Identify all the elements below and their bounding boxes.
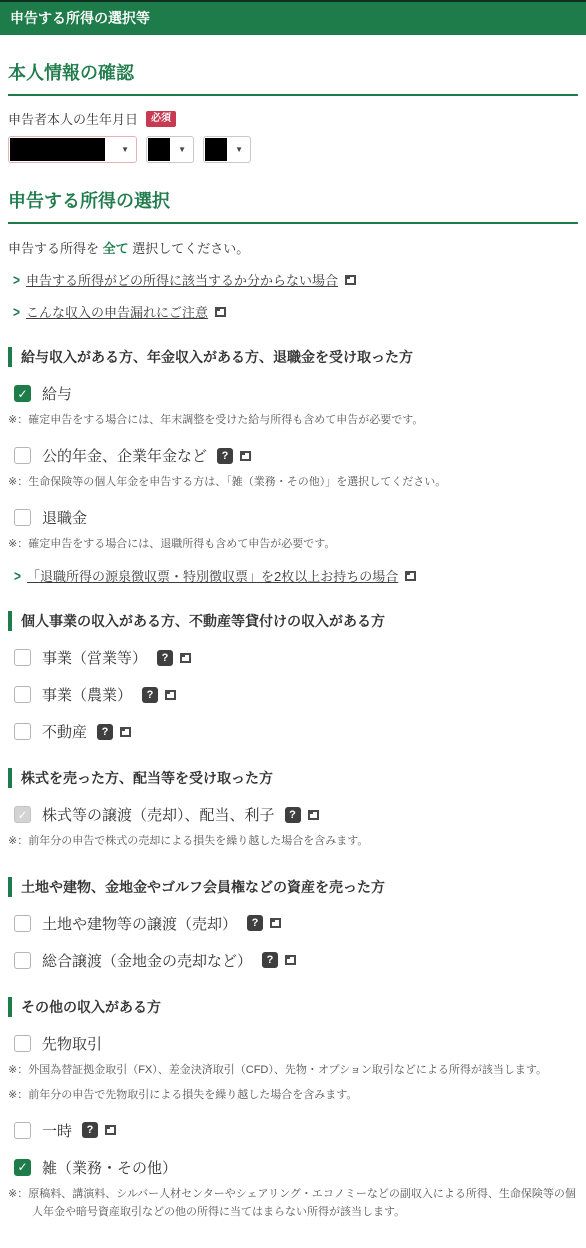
link-row: > こんな収入の申告漏れにご注意 — [13, 302, 578, 321]
green-bar — [8, 997, 12, 1017]
external-link-icon — [215, 307, 226, 317]
note-text: ※：生命保険等の個人年金を申告する方は、「雑（業務・その他）」を選択してください… — [8, 473, 578, 491]
help-icon[interactable]: ? — [262, 952, 278, 968]
checkbox-row: 土地や建物等の譲渡（売却）? — [14, 913, 578, 934]
checkbox-label: 事業（営業等） — [42, 647, 147, 668]
redacted-value — [205, 138, 227, 161]
green-bar — [8, 877, 12, 897]
intro-emphasis: 全て — [103, 241, 129, 256]
checkbox[interactable] — [14, 447, 31, 464]
checkbox[interactable] — [14, 723, 31, 740]
checkbox[interactable] — [14, 1035, 31, 1052]
help-icon[interactable]: ? — [285, 807, 301, 823]
income-group: 土地や建物、金地金やゴルフ会員権などの資産を売った方土地や建物等の譲渡（売却）?… — [0, 877, 586, 971]
intro-text: 申告する所得を 全て 選択してください。 — [8, 238, 578, 257]
intro-suffix: 選択してください。 — [132, 241, 249, 256]
checkbox-row: ✓雑（業務・その他） — [14, 1157, 578, 1178]
checkbox[interactable] — [14, 952, 31, 969]
chevron-right-icon: > — [14, 568, 21, 585]
chevron-right-icon: > — [13, 303, 20, 320]
checkbox[interactable] — [14, 686, 31, 703]
help-icon[interactable]: ? — [217, 448, 233, 464]
group-title: 株式を売った方、配当等を受け取った方 — [21, 768, 273, 788]
birth-era-year-select[interactable]: ▼ — [8, 136, 137, 163]
chevron-right-icon: > — [13, 271, 20, 288]
income-group: 給与収入がある方、年金収入がある方、退職金を受け取った方✓給与※：確定申告をする… — [0, 347, 586, 585]
checkbox-row: ✓給与 — [14, 383, 578, 404]
checkbox-row: 事業（営業等）? — [14, 647, 578, 668]
group-header: その他の収入がある方 — [8, 997, 578, 1017]
help-icon[interactable]: ? — [157, 650, 173, 666]
external-link-icon — [270, 918, 281, 928]
page-title: 申告する所得の選択等 — [10, 10, 150, 26]
checkbox[interactable] — [14, 1122, 31, 1139]
external-link-icon — [165, 690, 176, 700]
page-title-bar: 申告する所得の選択等 — [0, 0, 586, 35]
intro-prefix: 申告する所得を — [8, 241, 99, 256]
link-row: >「退職所得の源泉徴収票・特別徴収票」を2枚以上お持ちの場合 — [14, 566, 578, 585]
checkbox[interactable] — [14, 649, 31, 666]
note-text: ※：前年分の申告で先物取引による損失を繰り越した場合を含みます。 — [8, 1086, 578, 1104]
checkbox-row: 不動産? — [14, 721, 578, 742]
green-bar — [8, 768, 12, 788]
help-icon[interactable]: ? — [97, 724, 113, 740]
checkbox-label: 先物取引 — [42, 1033, 102, 1054]
checkbox[interactable]: ✓ — [14, 385, 31, 402]
external-link-icon — [180, 653, 191, 663]
checkbox-label: 退職金 — [42, 507, 87, 528]
income-groups: 給与収入がある方、年金収入がある方、退職金を受け取った方✓給与※：確定申告をする… — [0, 347, 586, 1221]
external-link-icon — [120, 727, 131, 737]
note-text: ※：前年分の申告で株式の売却による損失を繰り越した場合を含みます。 — [8, 832, 578, 850]
external-link-icon — [308, 810, 319, 820]
link-row: > 申告する所得がどの所得に該当するか分からない場合 — [13, 270, 578, 289]
redacted-value — [10, 138, 105, 161]
external-link-icon — [285, 955, 296, 965]
checkbox-row: 総合譲渡（金地金の売却など）? — [14, 950, 578, 971]
birth-day-select[interactable]: ▼ — [203, 136, 251, 163]
note-text: ※：確定申告をする場合には、退職所得も含めて申告が必要です。 — [8, 535, 578, 553]
income-group: 個人事業の収入がある方、不動産等貸付けの収入がある方事業（営業等）?事業（農業）… — [0, 611, 586, 742]
income-selection-heading: 申告する所得の選択 — [8, 163, 578, 224]
checkbox-label: 公的年金、企業年金など — [42, 445, 207, 466]
group-header: 個人事業の収入がある方、不動産等貸付けの収入がある方 — [8, 611, 578, 631]
checkbox-row: ✓株式等の譲渡（売却）、配当、利子? — [14, 804, 578, 825]
personal-info-heading: 本人情報の確認 — [8, 35, 578, 96]
external-link-icon — [105, 1125, 116, 1135]
help-icon[interactable]: ? — [142, 687, 158, 703]
group-header: 土地や建物、金地金やゴルフ会員権などの資産を売った方 — [8, 877, 578, 897]
checkbox-row: 公的年金、企業年金など? — [14, 445, 578, 466]
checkbox-label: 総合譲渡（金地金の売却など） — [42, 950, 252, 971]
help-icon[interactable]: ? — [82, 1122, 98, 1138]
group-title: その他の収入がある方 — [21, 997, 161, 1017]
caret-down-icon: ▼ — [178, 145, 186, 154]
external-link-icon — [405, 571, 416, 581]
which-income-link[interactable]: 申告する所得がどの所得に該当するか分からない場合 — [26, 270, 338, 289]
required-badge: 必須 — [146, 111, 176, 127]
redacted-value — [148, 138, 170, 161]
income-group: その他の収入がある方先物取引※：外国為替証拠金取引（FX）、差金決済取引（CFD… — [0, 997, 586, 1222]
checkbox[interactable] — [14, 509, 31, 526]
note-text: ※：原稿料、講演料、シルバー人材センターやシェアリング・エコノミーなどの副収入に… — [8, 1185, 578, 1221]
group-header: 株式を売った方、配当等を受け取った方 — [8, 768, 578, 788]
checkbox-label: 給与 — [42, 383, 72, 404]
birthdate-field-row: 申告者本人の生年月日 必須 — [8, 109, 578, 128]
group-title: 土地や建物、金地金やゴルフ会員権などの資産を売った方 — [21, 877, 385, 897]
checkbox-label: 一時 — [42, 1120, 72, 1141]
birth-month-select[interactable]: ▼ — [146, 136, 194, 163]
checkbox[interactable]: ✓ — [14, 1159, 31, 1176]
missed-income-link[interactable]: こんな収入の申告漏れにご注意 — [26, 302, 208, 321]
note-text: ※：確定申告をする場合には、年末調整を受けた給与所得も含めて申告が必要です。 — [8, 411, 578, 429]
checkbox-row: 事業（農業）? — [14, 684, 578, 705]
checkbox: ✓ — [14, 806, 31, 823]
external-link-icon — [240, 451, 251, 461]
caret-down-icon: ▼ — [121, 145, 129, 154]
checkbox-label: 土地や建物等の譲渡（売却） — [42, 913, 237, 934]
group-title: 個人事業の収入がある方、不動産等貸付けの収入がある方 — [21, 611, 385, 631]
checkbox-row: 退職金 — [14, 507, 578, 528]
text-link[interactable]: 「退職所得の源泉徴収票・特別徴収票」を2枚以上お持ちの場合 — [27, 566, 398, 585]
checkbox-label: 雑（業務・その他） — [42, 1157, 177, 1178]
birthdate-selects: ▼ ▼ ▼ — [8, 136, 578, 163]
green-bar — [8, 347, 12, 367]
checkbox-row: 一時? — [14, 1120, 578, 1141]
green-bar — [8, 611, 12, 631]
checkbox-label: 事業（農業） — [42, 684, 132, 705]
external-link-icon — [345, 275, 356, 285]
checkbox[interactable] — [14, 915, 31, 932]
birthdate-label: 申告者本人の生年月日 — [8, 109, 138, 128]
checkbox-label: 株式等の譲渡（売却）、配当、利子 — [42, 804, 275, 825]
caret-down-icon: ▼ — [235, 145, 243, 154]
group-header: 給与収入がある方、年金収入がある方、退職金を受け取った方 — [8, 347, 578, 367]
group-title: 給与収入がある方、年金収入がある方、退職金を受け取った方 — [21, 347, 413, 367]
checkbox-label: 不動産 — [42, 721, 87, 742]
help-icon[interactable]: ? — [247, 915, 263, 931]
note-text: ※：外国為替証拠金取引（FX）、差金決済取引（CFD）、先物・オプション取引など… — [8, 1061, 578, 1079]
income-group: 株式を売った方、配当等を受け取った方✓株式等の譲渡（売却）、配当、利子?※：前年… — [0, 768, 586, 850]
checkbox-row: 先物取引 — [14, 1033, 578, 1054]
